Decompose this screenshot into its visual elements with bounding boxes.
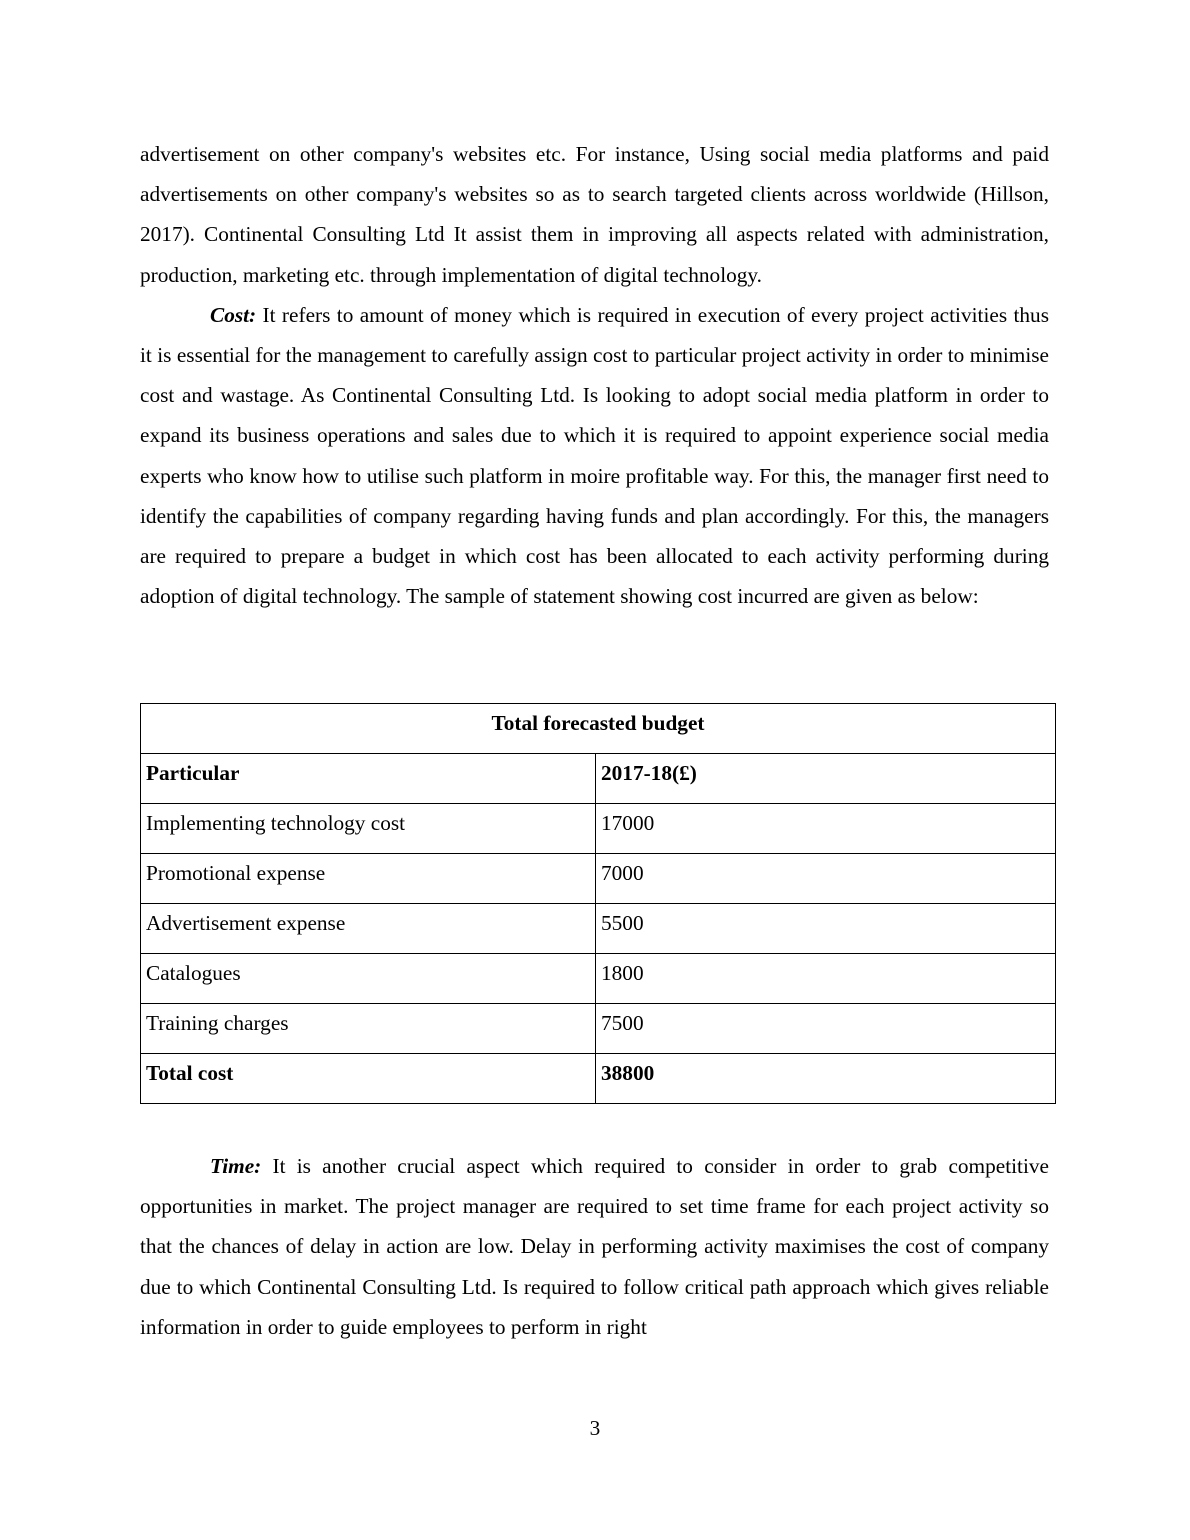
row-particular: Promotional expense [141,854,596,904]
time-section: Time: It is another crucial aspect which… [140,1146,1049,1347]
total-label: Total cost [141,1054,596,1104]
row-amount: 7000 [596,854,1056,904]
cost-heading: Cost: [210,303,256,327]
time-paragraph: Time: It is another crucial aspect which… [140,1146,1049,1347]
row-particular: Catalogues [141,954,596,1004]
row-amount: 1800 [596,954,1056,1004]
row-particular: Training charges [141,1004,596,1054]
total-amount: 38800 [596,1054,1056,1104]
header-year: 2017-18(£) [596,754,1056,804]
header-particular: Particular [141,754,596,804]
time-text: It is another crucial aspect which requi… [140,1154,1049,1339]
table-title-row: Total forecasted budget [141,704,1056,754]
row-particular: Implementing technology cost [141,804,596,854]
row-amount: 5500 [596,904,1056,954]
time-heading: Time: [210,1154,261,1178]
table-row: Training charges 7500 [141,1004,1056,1054]
table-total-row: Total cost 38800 [141,1054,1056,1104]
table-row: Implementing technology cost 17000 [141,804,1056,854]
page-body: advertisement on other company's website… [140,134,1049,616]
row-amount: 7500 [596,1004,1056,1054]
cost-paragraph: Cost: It refers to amount of money which… [140,295,1049,617]
table-row: Promotional expense 7000 [141,854,1056,904]
intro-paragraph: advertisement on other company's website… [140,134,1049,295]
table-row: Advertisement expense 5500 [141,904,1056,954]
row-particular: Advertisement expense [141,904,596,954]
table-header-row: Particular 2017-18(£) [141,754,1056,804]
budget-table: Total forecasted budget Particular 2017-… [140,703,1056,1104]
row-amount: 17000 [596,804,1056,854]
page-number: 3 [0,1416,1190,1441]
table-title: Total forecasted budget [141,704,1056,754]
cost-text: It refers to amount of money which is re… [140,303,1049,608]
table-row: Catalogues 1800 [141,954,1056,1004]
